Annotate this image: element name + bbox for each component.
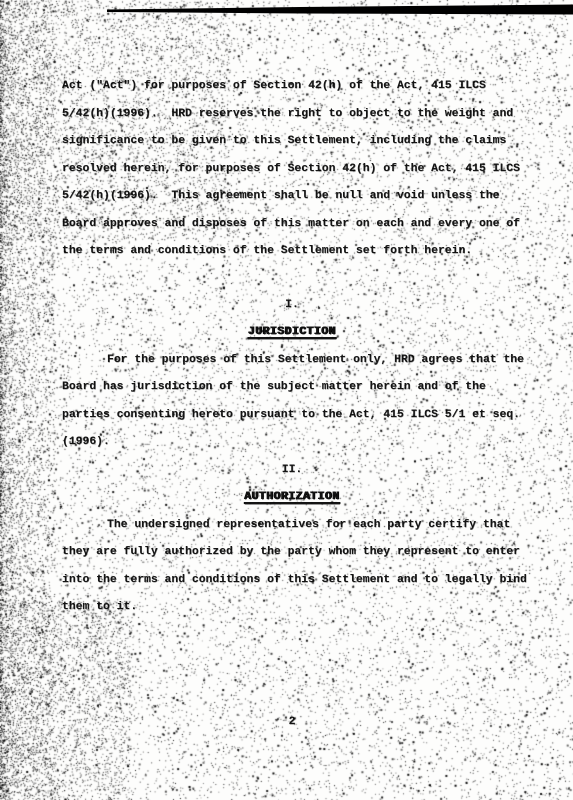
section-heading-authorization: AUTHORIZATION [62, 491, 522, 519]
document-line: The undersigned representatives for each… [62, 519, 522, 547]
document-line: 5/42(h)(1996). HRD reserves the right to… [62, 108, 522, 136]
document-body: Act ("Act") for purposes of Section 42(h… [62, 80, 522, 736]
document-line: into the terms and conditions of this Se… [62, 574, 522, 602]
document-line: resolved herein, for purposes of Section… [62, 163, 522, 191]
document-line: For the purposes of this Settlement only… [62, 354, 522, 382]
document-line: 5/42(h)(1996). This agreement shall be n… [62, 190, 522, 218]
section-heading-jurisdiction: JURISDICTION [62, 326, 522, 354]
section-numeral: I. [62, 299, 522, 327]
footer-gap [62, 629, 522, 716]
document-line: Board approves and disposes of this matt… [62, 218, 522, 246]
document-line: the terms and conditions of the Settleme… [62, 245, 522, 273]
document-line: parties consenting hereto pursuant to th… [62, 409, 522, 437]
document-line: them to it. [62, 601, 522, 629]
document-line: they are fully authorized by the party w… [62, 546, 522, 574]
page-number: 2 [62, 716, 522, 736]
scanned-document-page: Act ("Act") for purposes of Section 42(h… [0, 0, 573, 800]
document-line: Act ("Act") for purposes of Section 42(h… [62, 80, 522, 108]
section-numeral: II. [62, 464, 522, 492]
document-line: (1996). [62, 436, 522, 464]
scan-edge-artifact [0, 0, 573, 20]
section-gap [62, 273, 522, 299]
document-line: significance to be given to this Settlem… [62, 135, 522, 163]
document-line: Board has jurisdiction of the subject ma… [62, 381, 522, 409]
